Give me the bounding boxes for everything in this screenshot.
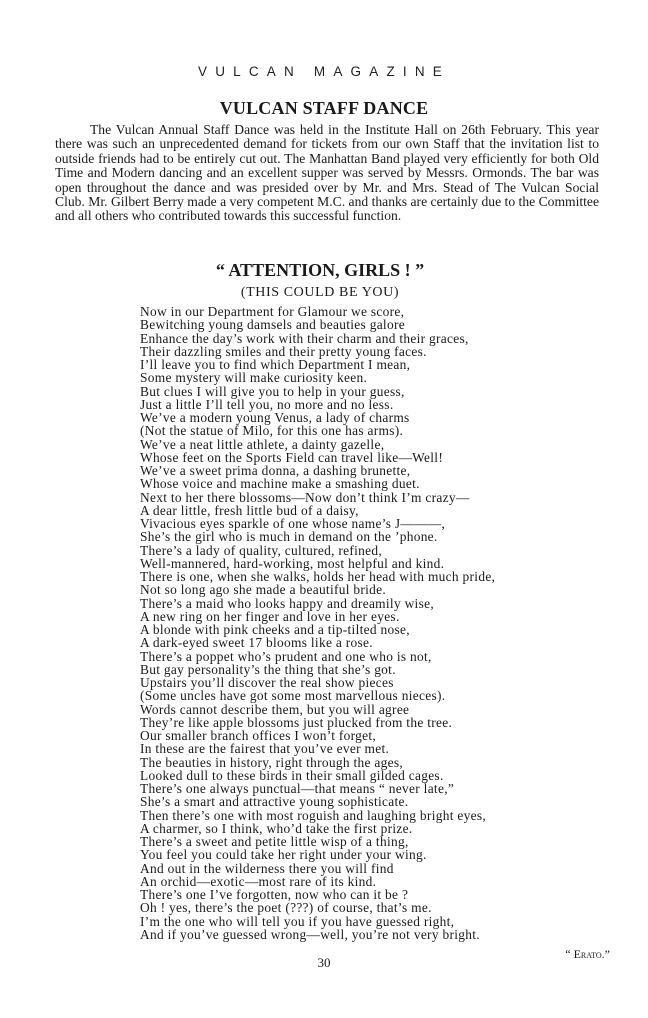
poem-line: A charmer, so I think, who’d take the fi…: [140, 822, 620, 835]
poem-line: They’re like apple blossoms just plucked…: [140, 716, 620, 729]
poem-body: Now in our Department for Glamour we sco…: [140, 305, 620, 941]
magazine-masthead: VULCAN MAGAZINE: [0, 64, 648, 79]
poem-line: Bewitching young damsels and beauties ga…: [140, 318, 620, 331]
poem-line: She’s a smart and attractive young sophi…: [140, 795, 620, 808]
poem-line: But clues I will give you to help in you…: [140, 385, 620, 398]
poem-line: We’ve a modern young Venus, a lady of ch…: [140, 411, 620, 424]
poem-line: We’ve a sweet prima donna, a dashing bru…: [140, 464, 620, 477]
poem-line: The beauties in history, right through t…: [140, 756, 620, 769]
poem-line: Whose feet on the Sports Field can trave…: [140, 451, 620, 464]
poem-line: There’s a sweet and petite little wisp o…: [140, 835, 620, 848]
poem-line: Enhance the day’s work with their charm …: [140, 332, 620, 345]
poem-line: There’s a lady of quality, cultured, ref…: [140, 544, 620, 557]
poem-line: (Some uncles have got some most marvello…: [140, 689, 620, 702]
poem-line: There’s one always punctual—that means “…: [140, 782, 620, 795]
poem-title: “ ATTENTION, GIRLS ! ”: [0, 260, 640, 281]
poem-line: I’ll leave you to find which Department …: [140, 358, 620, 371]
poem-subtitle: (THIS COULD BE YOU): [0, 285, 640, 301]
poem-line: You feel you could take her right under …: [140, 848, 620, 861]
poem-line: Next to her there blossoms—Now don’t thi…: [140, 491, 620, 504]
poem-line: There’s a poppet who’s prudent and one w…: [140, 650, 620, 663]
poem-line: Just a little I’ll tell you, no more and…: [140, 398, 620, 411]
poem-line: She’s the girl who is much in demand on …: [140, 530, 620, 543]
poem-line: We’ve a neat little athlete, a dainty ga…: [140, 438, 620, 451]
poem-line: A dark-eyed sweet 17 blooms like a rose.: [140, 636, 620, 649]
poem-line: Our smaller branch offices I won’t forge…: [140, 729, 620, 742]
article-title: VULCAN STAFF DANCE: [0, 98, 648, 119]
poem-line: Whose voice and machine make a smashing …: [140, 477, 620, 490]
poem-line: A blonde with pink cheeks and a tip-tilt…: [140, 623, 620, 636]
poem-line: Some mystery will make curiosity keen.: [140, 371, 620, 384]
poem-line: Words cannot describe them, but you will…: [140, 703, 620, 716]
poem-line: I’m the one who will tell you if you hav…: [140, 915, 620, 928]
poem-line: Looked dull to these birds in their smal…: [140, 769, 620, 782]
poem-line: In these are the fairest that you’ve eve…: [140, 742, 620, 755]
poem-line: And if you’ve guessed wrong—well, you’re…: [140, 928, 620, 941]
article-body: The Vulcan Annual Staff Dance was held i…: [55, 123, 599, 224]
page-number: 30: [0, 955, 648, 971]
poem-line: There’s a maid who looks happy and dream…: [140, 597, 620, 610]
poem-line: And out in the wilderness there you will…: [140, 862, 620, 875]
poem-line: Not so long ago she made a beautiful bri…: [140, 583, 620, 596]
poem-line: There’s one I’ve forgotten, now who can …: [140, 888, 620, 901]
article-paragraph: The Vulcan Annual Staff Dance was held i…: [55, 123, 599, 224]
poem-line: Upstairs you’ll discover the real show p…: [140, 676, 620, 689]
poem-line: (Not the statue of Milo, for this one ha…: [140, 424, 620, 437]
poem-line: Vivacious eyes sparkle of one whose name…: [140, 517, 620, 530]
poem-line: But gay personality’s the thing that she…: [140, 663, 620, 676]
poem-line: Then there’s one with most roguish and l…: [140, 809, 620, 822]
poem-line: A dear little, fresh little bud of a dai…: [140, 504, 620, 517]
poem-line: Oh ! yes, there’s the poet (???) of cour…: [140, 901, 620, 914]
poem-line: An orchid—exotic—most rare of its kind.: [140, 875, 620, 888]
poem-line: Their dazzling smiles and their pretty y…: [140, 345, 620, 358]
poem-line: Well-mannered, hard-working, most helpfu…: [140, 557, 620, 570]
poem-line: A new ring on her finger and love in her…: [140, 610, 620, 623]
poem-line: There is one, when she walks, holds her …: [140, 570, 620, 583]
poem-line: Now in our Department for Glamour we sco…: [140, 305, 620, 318]
